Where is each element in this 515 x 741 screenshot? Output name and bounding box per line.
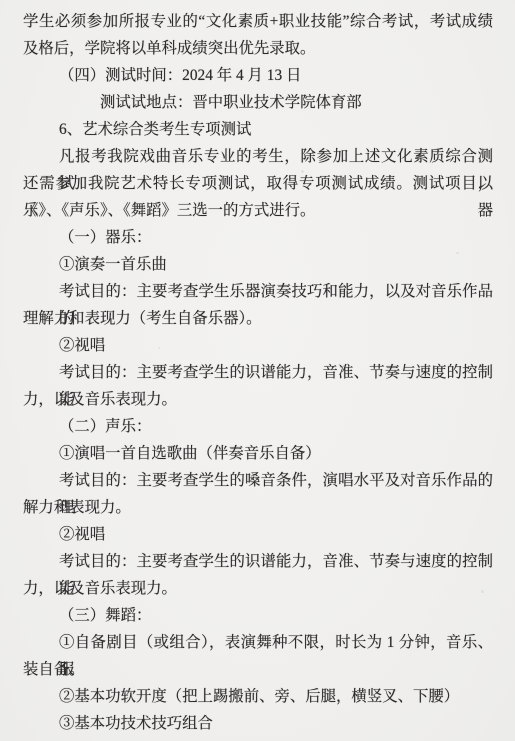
- text-line: 凡报考我院戏曲音乐专业的考生，除参加上述文化素质综合测试，: [23, 143, 493, 170]
- text-line: 测试试地点：晋中职业技术学院体育部: [23, 89, 493, 116]
- text-line: 解力和表现力。: [23, 494, 493, 521]
- text-line: 力，以及音乐表现力。: [23, 575, 493, 602]
- text-line: 理解力和表现力（考生自备乐器）。: [23, 305, 493, 332]
- text-line: ②视唱: [23, 521, 493, 548]
- text-line: 力，以及音乐表现力。: [23, 386, 493, 413]
- text-line: 6、艺术综合类考生专项测试: [23, 116, 493, 143]
- text-line: ①自备剧目（或组合），表演舞种不限，时长为 1 分钟，音乐、服: [23, 629, 493, 656]
- text-line: 还需参加我院艺术特长专项测试，取得专项测试成绩。测试项目以《器: [23, 170, 493, 197]
- text-line: （二）声乐：: [23, 413, 493, 440]
- document-lines: 学生必须参加所报专业的“文化素质+职业技能”综合考试，考试成绩及格后，学院将以单…: [23, 8, 493, 737]
- document-page: 学生必须参加所报专业的“文化素质+职业技能”综合考试，考试成绩及格后，学院将以单…: [0, 0, 515, 741]
- text-line: 学生必须参加所报专业的“文化素质+职业技能”综合考试，考试成绩: [23, 8, 493, 35]
- text-line: 及格后，学院将以单科成绩突出优先录取。: [23, 35, 493, 62]
- text-line: 考试目的：主要考查学生的识谱能力，音准、节奏与速度的控制能: [23, 548, 493, 575]
- text-line: 装自备。: [23, 656, 493, 683]
- text-line: ①演奏一首乐曲: [23, 251, 493, 278]
- text-line: （四）测试时间：2024 年 4 月 13 日: [23, 62, 493, 89]
- text-line: 考试目的：主要考查学生的嗓音条件，演唱水平及对音乐作品的理: [23, 467, 493, 494]
- text-line: ②基本功软开度（把上踢搬前、旁、后腿，横竖叉、下腰）: [23, 683, 493, 710]
- text-line: （三）舞蹈：: [23, 602, 493, 629]
- text-line: 考试目的：主要考查学生的识谱能力，音准、节奏与速度的控制能: [23, 359, 493, 386]
- text-line: ①演唱一首自选歌曲（伴奏音乐自备）: [23, 440, 493, 467]
- text-line: ③基本功技术技巧组合: [23, 710, 493, 737]
- text-line: 考试目的：主要考查学生乐器演奏技巧和能力，以及对音乐作品的: [23, 278, 493, 305]
- text-line: ②视唱: [23, 332, 493, 359]
- text-line: （一）器乐：: [23, 224, 493, 251]
